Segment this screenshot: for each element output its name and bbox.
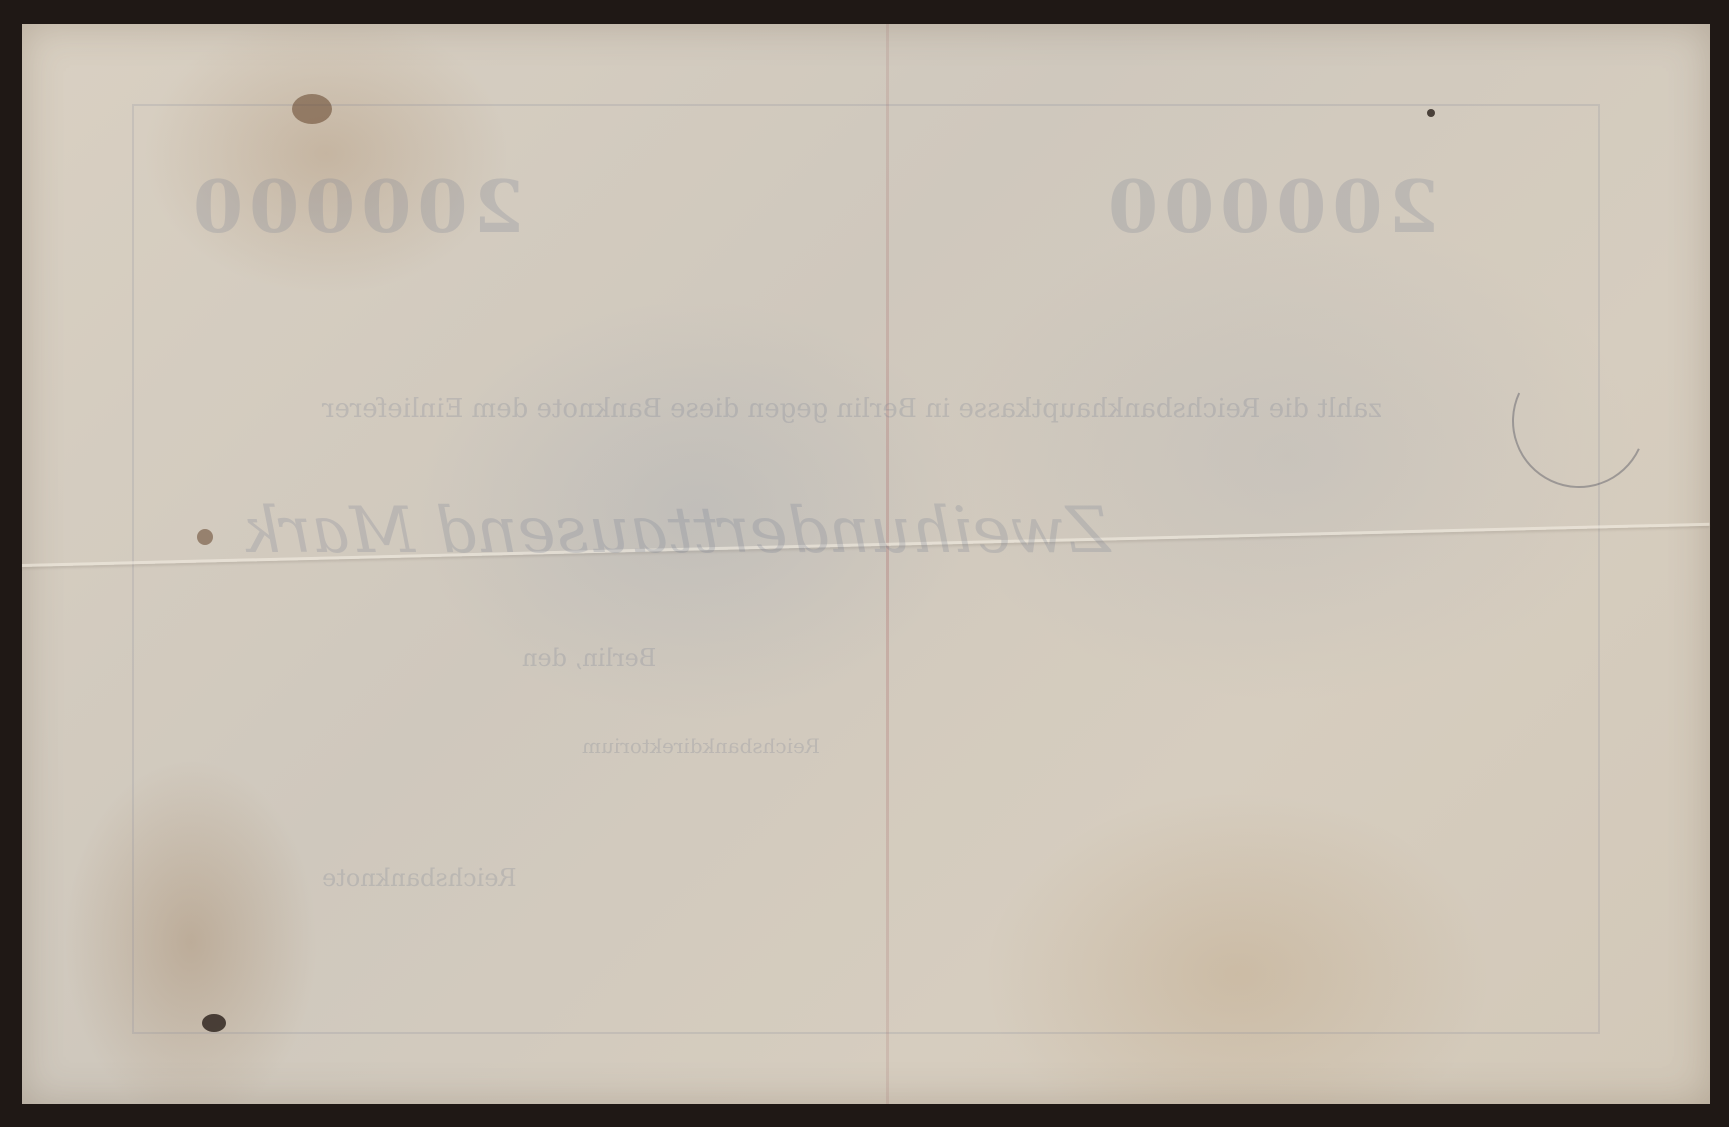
mirrored-text-line5: Reichsbanknote [322,864,517,892]
ink-dot-bottom-left [202,1014,226,1032]
stain-top-left [292,94,332,124]
mirrored-text-line1: zahlt die Reichsbankhauptkasse in Berlin… [322,394,1382,424]
mirrored-denomination-left: 200000 [187,164,524,249]
banknote: 200000 200000 zahlt die Reichsbankhauptk… [22,24,1710,1104]
dot-top-right [1427,109,1435,117]
mirrored-text-line4: Reichsbankdirektorium [582,734,820,758]
mirrored-text-line3: Berlin, den [522,644,656,672]
mirrored-denomination-right: 200000 [1102,164,1439,249]
hole-mark-left [197,529,213,545]
mirrored-text-line2: Zweihunderttausend Mark [242,494,1110,568]
